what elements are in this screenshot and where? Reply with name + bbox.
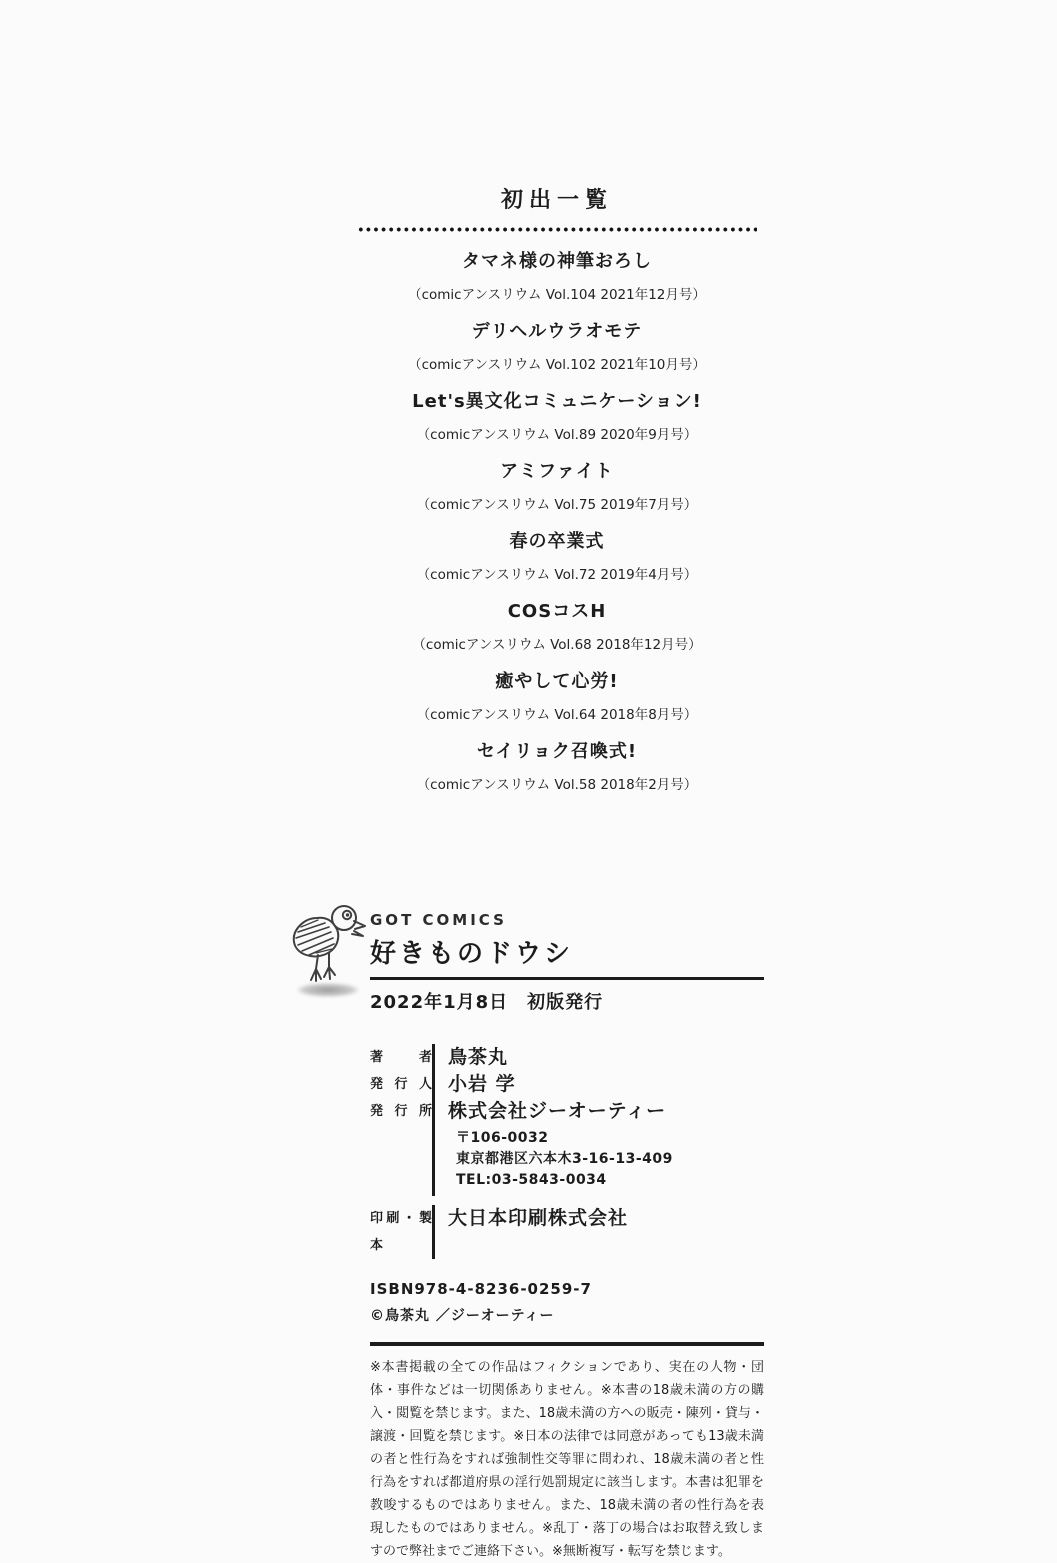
postal-code: 〒106-0032 xyxy=(456,1128,764,1149)
publisher-address: 〒106-0032 東京都港区六本木3-16-13-409 TEL:03-584… xyxy=(432,1125,764,1196)
publication-entry: デリヘルウラオモテ （comicアンスリウム Vol.102 2021年10月号… xyxy=(357,319,757,375)
entry-source: （comicアンスリウム Vol.75 2019年7月号） xyxy=(357,495,757,515)
credit-value: 株式会社ジーオーティー xyxy=(432,1098,764,1125)
publication-entry: 春の卒業式 （comicアンスリウム Vol.72 2019年4月号） xyxy=(357,529,757,585)
telephone: TEL:03-5843-0034 xyxy=(456,1170,764,1191)
publication-entry: セイリョク召喚式! （comicアンスリウム Vol.58 2018年2月号） xyxy=(357,739,757,795)
credit-value: 小岩 学 xyxy=(432,1071,764,1098)
colophon-block: GOT COMICS 好きものドウシ 2022年1月8日 初版発行 著者 鳥茶丸… xyxy=(288,903,766,1563)
credit-label: 発行人 xyxy=(370,1071,432,1098)
publication-entry: タマネ様の神筆おろし （comicアンスリウム Vol.104 2021年12月… xyxy=(357,249,757,305)
credit-label: 著者 xyxy=(370,1044,432,1071)
entry-title: デリヘルウラオモテ xyxy=(357,319,757,345)
publication-entry: COSコスH （comicアンスリウム Vol.68 2018年12月号） xyxy=(357,599,757,655)
first-publication-list: 初出一覧 タマネ様の神筆おろし （comicアンスリウム Vol.104 202… xyxy=(357,183,757,809)
disclaimer-text: ※本書掲載の全ての作品はフィクションであり、実在の人物・団体・事件などは一切関係… xyxy=(370,1356,764,1563)
got-comics-logo xyxy=(288,903,368,1003)
credit-label: 印刷・製本 xyxy=(370,1205,432,1259)
entry-source: （comicアンスリウム Vol.72 2019年4月号） xyxy=(357,565,757,585)
entry-source: （comicアンスリウム Vol.89 2020年9月号） xyxy=(357,425,757,445)
dotted-divider xyxy=(357,227,757,232)
entry-source: （comicアンスリウム Vol.64 2018年8月号） xyxy=(357,705,757,725)
credit-label-empty xyxy=(370,1125,432,1196)
section-title: 初出一覧 xyxy=(357,183,757,214)
title-rule xyxy=(370,977,764,980)
colophon-page: 初出一覧 タマネ様の神筆おろし （comicアンスリウム Vol.104 202… xyxy=(0,0,1057,1500)
book-title: 好きものドウシ xyxy=(370,933,764,970)
edition-line: 2022年1月8日 初版発行 xyxy=(370,988,764,1014)
credit-value: 鳥茶丸 xyxy=(432,1044,764,1071)
bird-doodle-icon xyxy=(288,903,366,983)
isbn: ISBN978-4-8236-0259-7 xyxy=(370,1280,764,1298)
entry-title: 春の卒業式 xyxy=(357,529,757,555)
imprint-name: GOT COMICS xyxy=(370,903,764,929)
entry-source: （comicアンスリウム Vol.102 2021年10月号） xyxy=(357,355,757,375)
entry-title: 癒やして心労! xyxy=(357,669,757,695)
publication-entry: アミファイト （comicアンスリウム Vol.75 2019年7月号） xyxy=(357,459,757,515)
printing-row: 印刷・製本 大日本印刷株式会社 xyxy=(370,1205,764,1259)
copyright-line: ©鳥茶丸 ／ジーオーティー xyxy=(370,1305,764,1325)
entry-source: （comicアンスリウム Vol.58 2018年2月号） xyxy=(357,775,757,795)
logo-shadow xyxy=(297,983,359,997)
entry-source: （comicアンスリウム Vol.68 2018年12月号） xyxy=(357,635,757,655)
entry-title: セイリョク召喚式! xyxy=(357,739,757,765)
disclaimer-rule xyxy=(370,1342,764,1346)
street-address: 東京都港区六本木3-16-13-409 xyxy=(456,1149,764,1170)
publication-entry: Let's異文化コミュニケーション! （comicアンスリウム Vol.89 2… xyxy=(357,389,757,445)
credit-value: 大日本印刷株式会社 xyxy=(432,1205,764,1259)
entry-title: Let's異文化コミュニケーション! xyxy=(357,389,757,415)
entry-title: タマネ様の神筆おろし xyxy=(357,249,757,275)
entry-source: （comicアンスリウム Vol.104 2021年12月号） xyxy=(357,285,757,305)
credits-table: 著者 鳥茶丸 発行人 小岩 学 発行所 株式会社ジーオーティー 〒106-003… xyxy=(370,1044,764,1196)
entry-title: COSコスH xyxy=(357,599,757,625)
entry-title: アミファイト xyxy=(357,459,757,485)
credit-label: 発行所 xyxy=(370,1098,432,1125)
publication-entry: 癒やして心労! （comicアンスリウム Vol.64 2018年8月号） xyxy=(357,669,757,725)
